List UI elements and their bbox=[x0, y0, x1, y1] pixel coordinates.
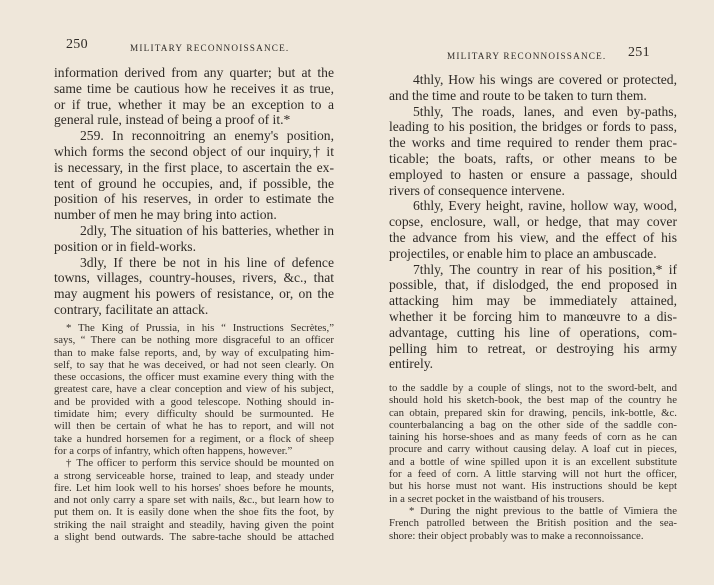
footnote-line: and a bottle of wine spilled upon it is … bbox=[389, 456, 677, 468]
text-line: leading to his position, the bridges or … bbox=[389, 119, 677, 135]
text-line: information derived from any quarter; bu… bbox=[54, 65, 334, 81]
footnote-line: take a hundred horsemen for a regiment, … bbox=[54, 433, 334, 445]
footnote-line: for a feed of corn. A little starving wi… bbox=[389, 468, 677, 480]
footnote-continued-line: to the saddle by a couple of slings, not… bbox=[389, 382, 677, 394]
body-text: 4thly, How his wings are covered or prot… bbox=[389, 72, 677, 372]
text-line: possible, that, if dislodged, the end pr… bbox=[389, 277, 677, 293]
footnote-line: procure and carry without causing delay.… bbox=[389, 443, 677, 455]
text-line: towns, villages, country-houses, rivers,… bbox=[54, 270, 334, 286]
text-line: attacking him may be immediately attaine… bbox=[389, 293, 677, 309]
footnote-line: for a corps of infantry, which often hap… bbox=[54, 445, 334, 457]
item-6thly: 6thly, Every height, ravine, hollow way,… bbox=[389, 198, 677, 214]
item-2dly: 2dly, The situation of his batteries, wh… bbox=[54, 223, 334, 239]
footnote-asterisk-start: * The King of Prussia, in his “ Instruct… bbox=[54, 322, 334, 334]
text-line: copse, enclosure, wall, or hedge, that m… bbox=[389, 214, 677, 230]
footnote-line: counterbalancing a bag on the other side… bbox=[389, 419, 677, 431]
page-number: 251 bbox=[628, 45, 650, 61]
text-line: general rule, instead of being a proof o… bbox=[54, 112, 334, 128]
text-line: whether it be forcing him to manœuvre to… bbox=[389, 309, 677, 325]
text-line: ticable; the boats, rafts, or other mean… bbox=[389, 151, 677, 167]
footnote-line: self, to say that he was deceived, or ha… bbox=[54, 359, 334, 371]
footnote-line: French patrolled between the British pos… bbox=[389, 517, 677, 529]
text-line: tent of ground he occupies, and, if poss… bbox=[54, 176, 334, 192]
item-3dly: 3dly, If there be not in his line of def… bbox=[54, 255, 334, 271]
footnote-line: than to make false reports, and, by way … bbox=[54, 347, 334, 359]
text-line: may augment his powers of resistance, or… bbox=[54, 286, 334, 302]
footnote-line: and not only carry a spare set with nail… bbox=[54, 494, 334, 506]
body-text: information derived from any quarter; bu… bbox=[54, 65, 334, 318]
text-line: number of men he may bring into action. bbox=[54, 207, 334, 223]
footnote-line: says, “ There can be nothing more disgra… bbox=[54, 334, 334, 346]
text-line: and the time and route to be taken to tu… bbox=[389, 88, 677, 104]
text-line: position of his reserves, in order to es… bbox=[54, 191, 334, 207]
footnote-line: can obtain, prepared skin for drawing, p… bbox=[389, 407, 677, 419]
footnote-line: will then be certain of what he has to r… bbox=[54, 420, 334, 432]
footnotes: to the saddle by a couple of slings, not… bbox=[389, 382, 677, 542]
text-line: or if true, whether it may be an excepti… bbox=[54, 97, 334, 113]
footnote-line: should hold his sketch-book, the best ma… bbox=[389, 394, 677, 406]
item-4thly: 4thly, How his wings are covered or prot… bbox=[389, 72, 677, 88]
footnote-line: striking the nail straight and steadily,… bbox=[54, 519, 334, 531]
footnote-line: shore: their object probably was to make… bbox=[389, 530, 677, 542]
footnote-line: fire. Let him look well to his horses' s… bbox=[54, 482, 334, 494]
running-title: MILITARY RECONNOISSANCE. bbox=[130, 43, 289, 53]
text-line: pelling him to retreat, or destroying hi… bbox=[389, 341, 677, 357]
footnote-line: a slight bend outwards. The sabre-tache … bbox=[54, 531, 334, 543]
text-line: projectiles, or enable him to place an a… bbox=[389, 246, 677, 262]
footnote-line: greatest care, have a clear conception a… bbox=[54, 383, 334, 395]
footnote-line: these occasions, the officer must examin… bbox=[54, 371, 334, 383]
text-line: same time be cautious how he receives it… bbox=[54, 81, 334, 97]
footnote-dagger-start: † The officer to perform this service sh… bbox=[54, 457, 334, 469]
footnote-asterisk-start: * During the night previous to the battl… bbox=[389, 505, 677, 517]
footnote-line: timidate him; every difficulty should be… bbox=[54, 408, 334, 420]
text-line: entirely. bbox=[389, 356, 677, 372]
text-line: position or in field-works. bbox=[54, 239, 334, 255]
text-line: is necessary, in the first place, to asc… bbox=[54, 160, 334, 176]
text-line: rivers of consequence intervene. bbox=[389, 183, 677, 199]
text-line: contrary, facilitate an attack. bbox=[54, 302, 334, 318]
item-5thly: 5thly, The roads, lanes, and even by-pat… bbox=[389, 104, 677, 120]
footnotes: * The King of Prussia, in his “ Instruct… bbox=[54, 322, 334, 543]
paragraph-259-start: 259. In reconnoitring an enemy's positio… bbox=[54, 128, 334, 144]
text-line: which forms the second object of our inq… bbox=[54, 144, 334, 160]
text-line: the works and time required to render th… bbox=[389, 135, 677, 151]
text-line: the advance from his view, and the effec… bbox=[389, 230, 677, 246]
page-number: 250 bbox=[66, 37, 88, 53]
footnote-line: in a secret pocket in the waistband of h… bbox=[389, 493, 677, 505]
footnote-line: taining his horse-shoes and as many feed… bbox=[389, 431, 677, 443]
text-line: employed to hasten or ensure a passage, … bbox=[389, 167, 677, 183]
item-7thly: 7thly, The country in rear of his positi… bbox=[389, 262, 677, 278]
text-line: advantage, cutting his line of operation… bbox=[389, 325, 677, 341]
running-title: MILITARY RECONNOISSANCE. bbox=[447, 51, 606, 61]
footnote-line: put them on. It is easily done when the … bbox=[54, 506, 334, 518]
footnote-line: a strong serviceable horse, trained to l… bbox=[54, 470, 334, 482]
footnote-line: but his horse must not want. His instruc… bbox=[389, 480, 677, 492]
footnote-line: and be provided with a good telescope. N… bbox=[54, 396, 334, 408]
